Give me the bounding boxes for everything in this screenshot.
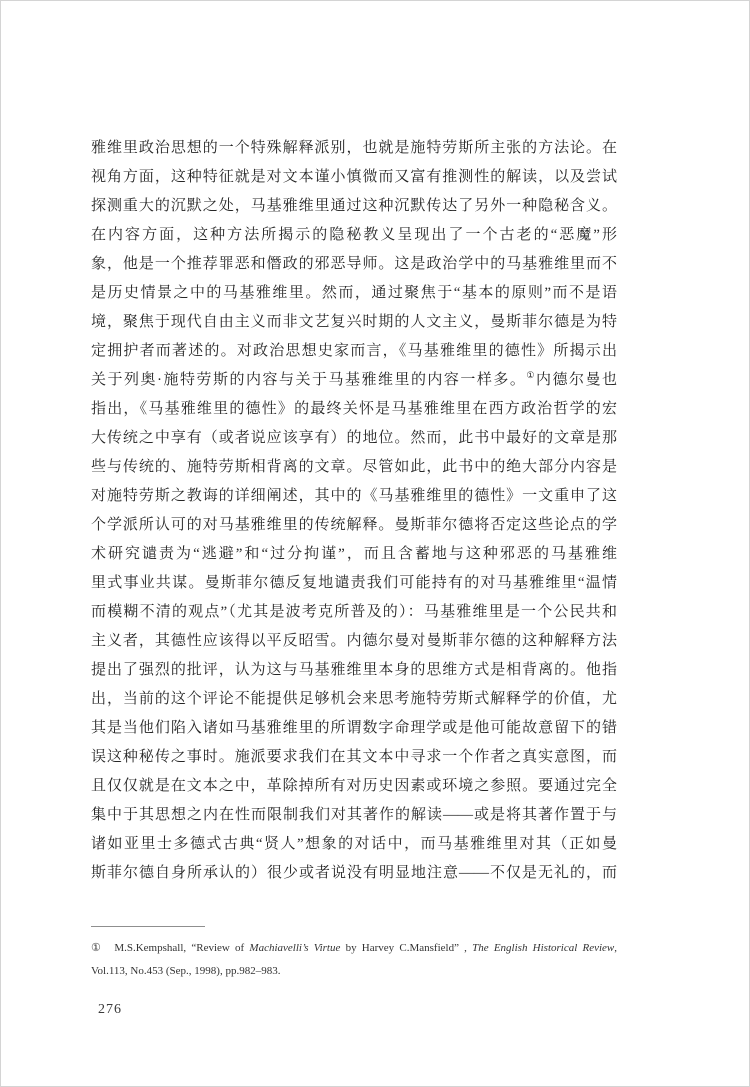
body-line: 在内容方面，这种方法所揭示的隐秘教义呈现出了一个古老的“恶魔”形 <box>91 221 617 250</box>
footnote-journal-title: The English Historical Review <box>472 942 614 954</box>
body-line: 定拥护者而著述的。对政治思想史家而言，《马基雅维里的德性》所揭示出 <box>91 337 617 366</box>
body-line: 探测重大的沉默之处，马基雅维里通过这种沉默传达了另外一种隐秘含义。 <box>91 192 617 221</box>
body-line: 是历史情景之中的马基雅维里。然而，通过聚焦于“基本的原则”而不是语 <box>91 279 617 308</box>
body-line: 且仅仅就是在文本之中，革除掉所有对历史因素或环境之参照。要通过完全 <box>91 772 617 801</box>
footnote: ①M.S.Kempshall, “Review of Machiavelli’s… <box>91 937 617 983</box>
footnote-separator <box>91 926 205 927</box>
book-page: 雅维里政治思想的一个特殊解释派别，也就是施特劳斯所主张的方法论。在视角方面，这种… <box>0 0 750 1087</box>
body-line: 出，当前的这个评论不能提供足够机会来思考施特劳斯式解释学的价值，尤 <box>91 685 617 714</box>
body-line: 其是当他们陷入诸如马基雅维里的所谓数字命理学或是他可能故意留下的错 <box>91 714 617 743</box>
body-line: 境，聚焦于现代自由主义而非文艺复兴时期的人文主义，曼斯菲尔德是为特 <box>91 308 617 337</box>
body-line: 误这种秘传之事时。施派要求我们在其文本中寻求一个作者之真实意图，而 <box>91 743 617 772</box>
body-line: 些与传统的、施特劳斯相背离的文章。尽管如此，此书中的绝大部分内容是 <box>91 453 617 482</box>
body-text: 雅维里政治思想的一个特殊解释派别，也就是施特劳斯所主张的方法论。在视角方面，这种… <box>91 134 617 888</box>
footnote-marker: ① <box>91 942 103 954</box>
body-line: 提出了强烈的批评，认为这与马基雅维里本身的思维方式是相背离的。他指 <box>91 656 617 685</box>
body-line: 主义者，其德性应该得以平反昭雪。内德尔曼对曼斯菲尔德的这种解释方法 <box>91 627 617 656</box>
body-line: 术研究谴责为“逃避”和“过分拘谨”，而且含蓄地与这种邪恶的马基雅维 <box>91 540 617 569</box>
body-line: 指出，《马基雅维里的德性》的最终关怀是马基雅维里在西方政治哲学的宏 <box>91 395 617 424</box>
footnote-book-title: Machiavelli’s Virtue <box>249 942 340 954</box>
body-line: 象，他是一个推荐罪恶和僭政的邪恶导师。这是政治学中的马基雅维里而不 <box>91 250 617 279</box>
footnote-text-segment: M.S.Kempshall, “Review of <box>114 942 249 954</box>
body-line: 大传统之中享有（或者说应该享有）的地位。然而，此书中最好的文章是那 <box>91 424 617 453</box>
body-line: 对施特劳斯之教诲的详细阐述，其中的《马基雅维里的德性》一文重申了这 <box>91 482 617 511</box>
body-line: 诸如亚里士多德式古典“贤人”想象的对话中，而马基雅维里对其（正如曼 <box>91 830 617 859</box>
body-line: 而模糊不清的观点”（尤其是波考克所普及的）：马基雅维里是一个公民共和 <box>91 598 617 627</box>
body-line: 里式事业共谋。曼斯菲尔德反复地谴责我们可能持有的对马基雅维里“温情 <box>91 569 617 598</box>
footnote-reference: ① <box>526 370 536 380</box>
body-line: 雅维里政治思想的一个特殊解释派别，也就是施特劳斯所主张的方法论。在 <box>91 134 617 163</box>
body-line: 个学派所认可的对马基雅维里的传统解释。曼斯菲尔德将否定这些论点的学 <box>91 511 617 540</box>
body-line: 斯菲尔德自身所承认的）很少或者说没有明显地注意——不仅是无礼的，而 <box>91 859 617 888</box>
page-number: 276 <box>98 1002 122 1018</box>
body-line: 集中于其思想之内在性而限制我们对其著作的解读——或是将其著作置于与 <box>91 801 617 830</box>
footnote-text-segment: by Harvey C.Mansfield” , <box>340 942 472 954</box>
body-line: 关于列奥·施特劳斯的内容与关于马基雅维里的内容一样多。①内德尔曼也 <box>91 366 617 395</box>
body-line: 视角方面，这种特征就是对文本谨小慎微而又富有推测性的解读，以及尝试 <box>91 163 617 192</box>
